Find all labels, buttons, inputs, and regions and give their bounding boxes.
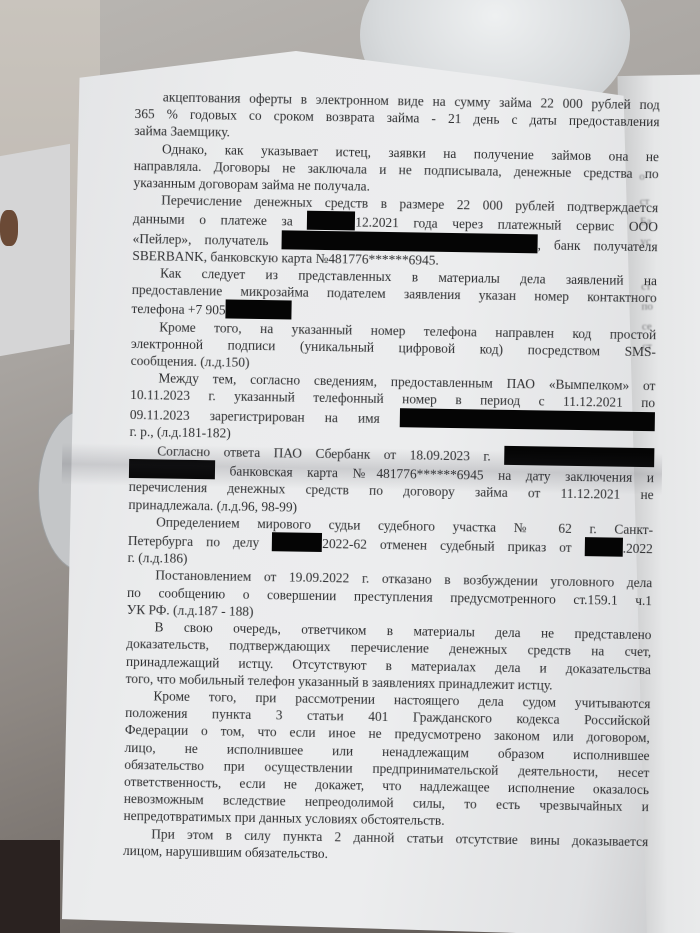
text-segment: , банк получателя — [537, 237, 657, 254]
redaction-block — [129, 459, 215, 479]
text-segment: принадлежала. (л.д.96, 98-99) — [128, 497, 297, 515]
text-segment: телефона +7 905 — [131, 301, 225, 317]
paragraph: Как следует из представленных в материал… — [131, 264, 657, 326]
text-segment: Петербурга по делу — [128, 533, 273, 550]
redaction-block — [307, 211, 355, 231]
text-segment: «Пейлер», получатель — [133, 231, 282, 248]
paragraph: Кроме того, при рассмотрении настоящего … — [123, 687, 650, 833]
paragraph: Перечисление денежных средств в размере … — [132, 191, 658, 272]
redaction-block — [272, 532, 322, 552]
text-segment: г. (л.д.186) — [128, 550, 188, 566]
paragraph: Между тем, согласно сведениям, предостав… — [129, 369, 655, 448]
paragraph: Согласно ответа ПАО Сбербанк от 18.09.20… — [128, 440, 654, 521]
redaction-block — [281, 230, 451, 252]
redaction-block — [225, 300, 291, 320]
paragraph: Однако, как указывает истец, заявки на п… — [133, 140, 659, 200]
text-segment: УК РФ. (л.д.187 - 188) — [127, 602, 254, 619]
paragraph: акцептования оферты в электронном виде н… — [134, 88, 660, 148]
redaction-block — [451, 233, 537, 253]
background-object — [0, 210, 18, 246]
paragraph: В свою очередь, ответчиком в материалы д… — [126, 618, 652, 695]
text-segment: сообщения. (л.д.150) — [131, 353, 250, 370]
document-body: акцептования оферты в электронном виде н… — [123, 88, 660, 867]
redaction-block — [585, 537, 623, 557]
paragraph: Кроме того, на указанный номер телефона … — [131, 318, 657, 378]
redaction-block — [504, 446, 654, 467]
text-segment: займа Заемщику. — [134, 123, 230, 140]
background-sheet — [0, 144, 70, 356]
text-segment: .2022 — [623, 541, 653, 556]
paragraph: Постановлением от 19.09.2022 г. отказано… — [127, 566, 653, 626]
background-corner — [0, 840, 60, 933]
redaction-block — [400, 408, 655, 431]
text-segment: 2022-62 отменен судебный приказ от — [322, 536, 585, 555]
text-segment: данными о платеже за — [133, 211, 308, 229]
paragraph: Определением мирового судьи судебного уч… — [127, 513, 653, 575]
text-segment: г. р., (л.д.181-182) — [129, 424, 230, 441]
text-segment: лицом, нарушившим обязательство. — [123, 843, 328, 861]
